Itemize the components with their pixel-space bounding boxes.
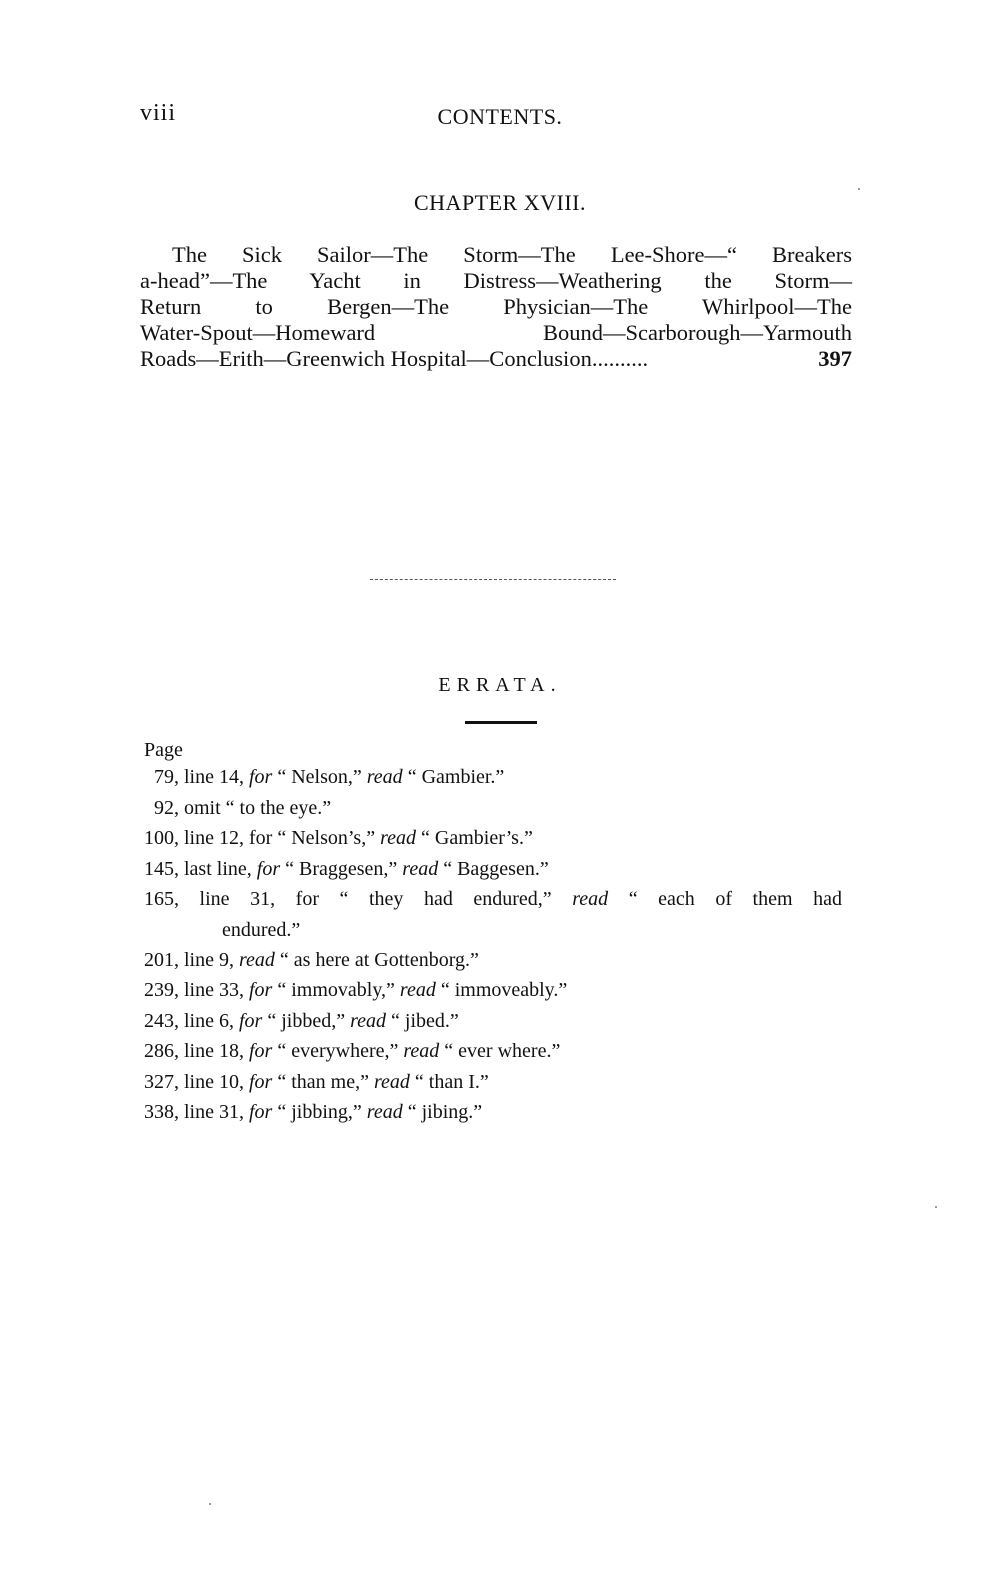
errata-list: Page 79, line 14, for “ Nelson,” read “ … <box>144 738 854 1128</box>
errata-page: 201, <box>144 949 179 971</box>
errata-wrong: “ jibbing,” <box>272 1101 366 1123</box>
summary-line: Roads—Erith—Greenwich Hospital—Conclusio… <box>140 346 648 372</box>
errata-right: “ Gambier.” <box>403 766 505 788</box>
errata-wrong: “ Nelson’s,” <box>272 827 380 849</box>
errata-location: line 33, <box>179 979 249 1001</box>
errata-right: “ Baggesen.” <box>438 858 549 880</box>
for-word: for <box>239 1010 262 1032</box>
for-word: for <box>249 1101 272 1123</box>
errata-location: line 10, <box>179 1071 249 1093</box>
read-word: read <box>374 1071 410 1093</box>
errata-page: 338, <box>144 1101 179 1123</box>
errata-item: 243, line 6, for “ jibbed,” read “ jibed… <box>144 1006 854 1037</box>
summary-line: Return to Bergen—The Physician—The Whirl… <box>140 294 852 320</box>
errata-page: 92, <box>154 797 179 819</box>
errata-item: 145, last line, for “ Braggesen,” read “… <box>144 854 854 885</box>
read-word: read <box>380 827 416 849</box>
errata-wrong: “ Braggesen,” <box>280 858 402 880</box>
chapter-page-number: 397 <box>818 346 852 372</box>
errata-page-label: Page <box>144 738 854 762</box>
errata-item: 286, line 18, for “ everywhere,” read “ … <box>144 1036 854 1067</box>
errata-page: 243, <box>144 1010 179 1032</box>
errata-location: line 31, <box>179 888 296 910</box>
chapter-summary: The Sick Sailor—The Storm—The Lee-Shore—… <box>140 242 852 372</box>
scan-speck <box>935 1206 937 1208</box>
errata-page: 327, <box>144 1071 179 1093</box>
errata-wrong: “ jibbed,” <box>262 1010 350 1032</box>
errata-right: “ Gambier’s.” <box>416 827 533 849</box>
errata-location: line 9, <box>179 949 239 971</box>
errata-wrong: “ everywhere,” <box>272 1040 403 1062</box>
summary-last-line: Roads—Erith—Greenwich Hospital—Conclusio… <box>140 346 852 372</box>
errata-location: line 31, <box>179 1101 249 1123</box>
errata-wrong: “ they had endured,” <box>319 888 572 910</box>
errata-wrong: “ Nelson,” <box>272 766 366 788</box>
running-title: CONTENTS. <box>0 104 1000 130</box>
summary-line: Water-Spout—Homeward Bound—Scarborough—Y… <box>140 320 852 346</box>
errata-page: 239, <box>144 979 179 1001</box>
errata-right: “ each of them had <box>608 888 842 910</box>
errata-item: 79, line 14, for “ Nelson,” read “ Gambi… <box>144 762 854 793</box>
read-word: read <box>403 1040 439 1062</box>
errata-item: 100, line 12, for “ Nelson’s,” read “ Ga… <box>144 823 854 854</box>
errata-page: 145, <box>144 858 179 880</box>
errata-right: “ jibing.” <box>403 1101 482 1123</box>
read-word: read <box>402 858 438 880</box>
errata-item: 239, line 33, for “ immovably,” read “ i… <box>144 975 854 1006</box>
errata-location: line 12, <box>179 827 249 849</box>
errata-title: ERRATA. <box>0 674 1000 697</box>
read-word: read <box>400 979 436 1001</box>
for-word: for <box>249 979 272 1001</box>
errata-item: 327, line 10, for “ than me,” read “ tha… <box>144 1067 854 1098</box>
errata-item: 165, line 31, for “ they had endured,” r… <box>144 884 854 945</box>
errata-item: 92, omit “ to the eye.” <box>144 793 854 824</box>
errata-continuation: endured.” <box>144 915 854 945</box>
errata-location: line 14, <box>179 766 249 788</box>
read-word: read <box>367 1101 403 1123</box>
for-word: for <box>249 827 272 849</box>
read-word: read <box>367 766 403 788</box>
errata-location: line 6, <box>179 1010 239 1032</box>
chapter-heading: CHAPTER XVIII. <box>0 190 1000 216</box>
read-word: read <box>350 1010 386 1032</box>
for-word: for <box>249 766 272 788</box>
errata-wrong: “ immovably,” <box>272 979 400 1001</box>
errata-page: 79, <box>154 766 179 788</box>
errata-item: 201, line 9, read “ as here at Gottenbor… <box>144 945 854 976</box>
errata-rule <box>465 721 537 724</box>
errata-text: omit “ to the eye.” <box>179 797 331 819</box>
errata-location: last line, <box>179 858 257 880</box>
summary-line: The Sick Sailor—The Storm—The Lee-Shore—… <box>140 242 852 268</box>
errata-location: line 18, <box>179 1040 249 1062</box>
read-word: read <box>572 888 608 910</box>
errata-wrong: “ than me,” <box>272 1071 374 1093</box>
for-word: for <box>249 1040 272 1062</box>
scan-speck <box>858 188 860 190</box>
for-word: for <box>296 888 319 910</box>
errata-page: 165, <box>144 888 179 910</box>
errata-right: “ immoveably.” <box>436 979 567 1001</box>
for-word: for <box>249 1071 272 1093</box>
errata-right: “ ever where.” <box>439 1040 560 1062</box>
errata-right: “ than I.” <box>410 1071 489 1093</box>
section-divider <box>370 579 616 580</box>
errata-right: “ jibed.” <box>386 1010 459 1032</box>
errata-page: 100, <box>144 827 179 849</box>
errata-item: 338, line 31, for “ jibbing,” read “ jib… <box>144 1097 854 1128</box>
read-word: read <box>239 949 275 971</box>
scan-speck <box>209 1503 211 1505</box>
errata-page: 286, <box>144 1040 179 1062</box>
errata-right: “ as here at Gottenborg.” <box>275 949 479 971</box>
errata-line: 165, line 31, for “ they had endured,” r… <box>144 884 842 915</box>
for-word: for <box>257 858 280 880</box>
summary-line: a-head”—The Yacht in Distress—Weathering… <box>140 268 852 294</box>
